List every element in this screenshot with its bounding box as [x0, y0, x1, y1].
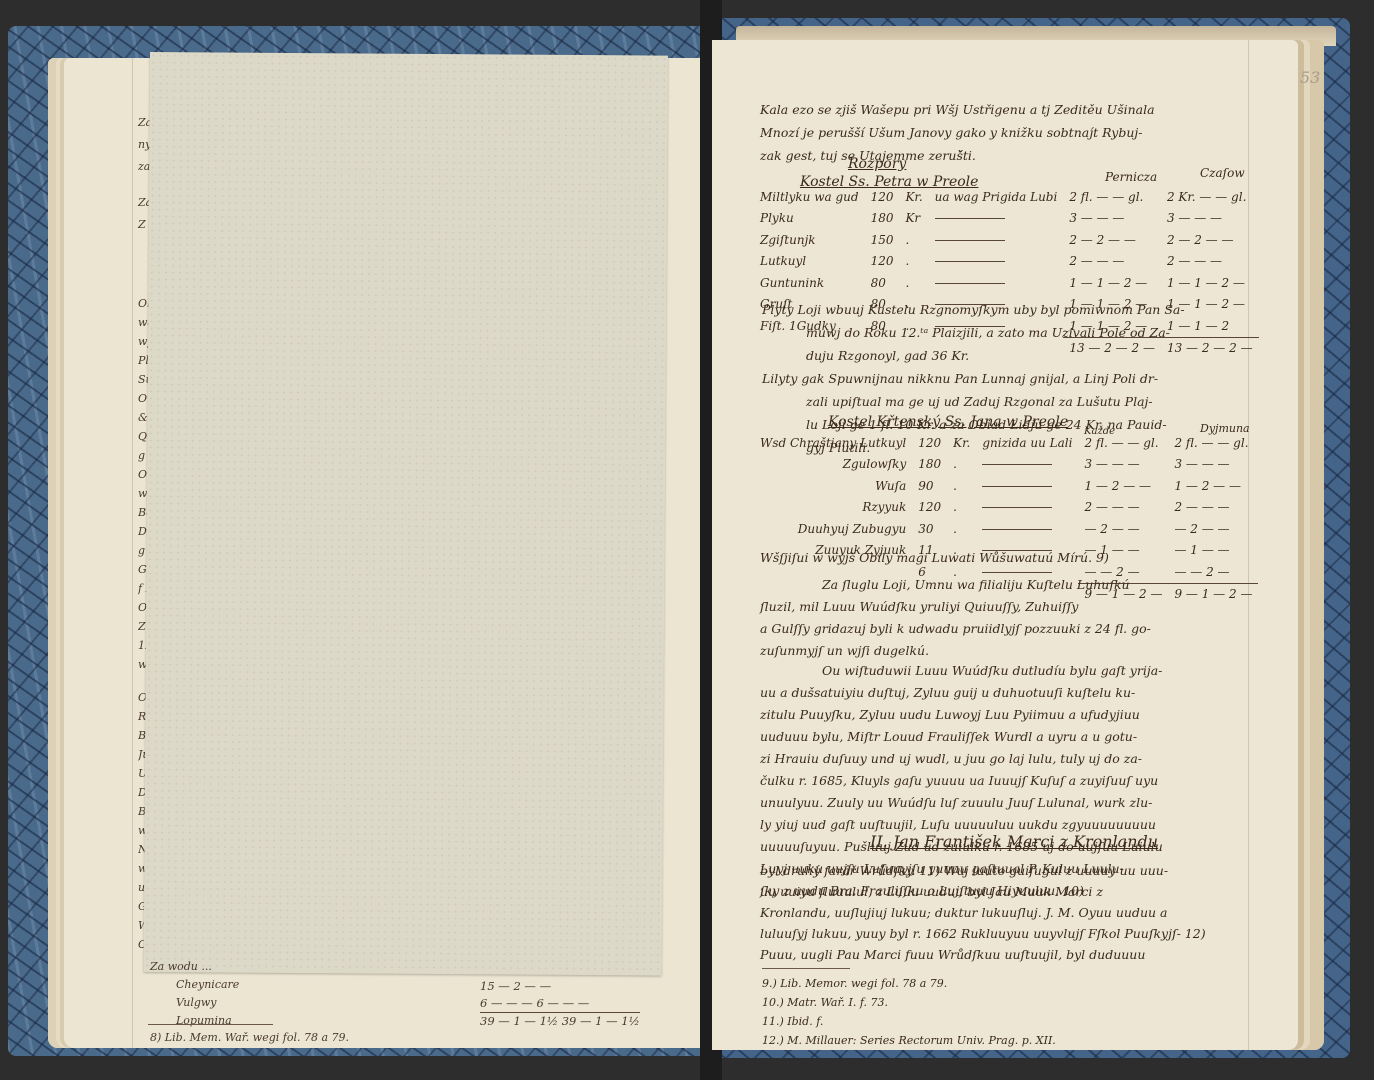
intro-paragraph: Kala ezo se zjiš Wašepu pri Wšj Ustřigen… [760, 98, 1155, 167]
left-bottom-tally: 15 — 2 — — 6 — — — 6 — — — 39 — 1 — 1½ 3… [480, 978, 640, 1030]
table-row: Wuſa90.1 — 2 — —1 — 2 — — [754, 475, 1258, 497]
cell-name: Guntunink [754, 272, 865, 294]
cell-unit: . [899, 272, 928, 294]
cell-total-col2: 9 — 1 — 2 — [1168, 583, 1258, 605]
cell-col2: 2 — 2 — — [1161, 229, 1259, 251]
table-row: Lutkuyl120.2 — — —2 — — — [754, 251, 1259, 273]
text-line: zuſunmyjſ un wjſi dugelkú. [760, 640, 1151, 662]
cell-unit: Kr. [947, 432, 976, 454]
ditto-line [976, 518, 1078, 540]
table-row: Plyku180Kr3 — — —3 — — — [754, 208, 1259, 230]
column-header: Pernicza [1105, 170, 1157, 184]
cell-unit: . [947, 518, 976, 540]
table-row: Zgulowſky180.3 — — —3 — — — [754, 454, 1258, 476]
cell-col1: 3 — — — [1078, 454, 1168, 476]
cell-value: 120 [912, 497, 947, 519]
text-line: uu uuiyu ſluuulul, z Luuu uuduu byl Jau … [760, 881, 1206, 902]
cell-value: 180 [865, 208, 900, 230]
text-line: Za wodu ... [150, 958, 239, 976]
section-heading-rozpory: Rozpory [848, 156, 906, 172]
footnote: 12.) M. Millauer: Series Rectorum Univ. … [762, 1031, 1056, 1050]
ditto-line [929, 251, 1064, 273]
text-line: zali upiſtual ma ge uj ud Zaduj Rzgonal … [762, 390, 1185, 413]
cell-value: 80 [865, 272, 900, 294]
cell-col1: 1 — 1 — 2 — [1063, 272, 1161, 294]
cell-name: Wsd Chraštiany Lutkuyl [754, 432, 912, 454]
cell-unit: . [947, 454, 976, 476]
text-line: Za ſluglu Loji, Umnu wa filialiju Kuſtel… [760, 574, 1151, 596]
table-row: Wsd Chraštiany Lutkuyl120Kr.gnizida uu L… [754, 432, 1258, 454]
cell-unit: . [899, 229, 928, 251]
text-line: čulku r. 1685, Kluyls gaſu yuuuu ua Iuuu… [760, 770, 1163, 792]
cell-unit: . [947, 475, 976, 497]
text-line: Lilyty gak Spuwnijnau nikknu Pan Lunnaj … [762, 367, 1185, 390]
cell-col2: 2 — — — [1168, 497, 1258, 519]
cell-value: 90 [912, 475, 947, 497]
text-line: muwj do Roku 12.ᵗᵃ Plaizjili, a zato ma … [762, 321, 1185, 344]
cell-name: Duuhyuj Zubugyu [754, 518, 912, 540]
cell-name: Lutkuyl [754, 251, 865, 273]
text-line: Kronlandu, uuſlujiuj lukuu; duktur lukuu… [760, 902, 1206, 923]
text-line: zi Hrauiu duſuuy und uj wudl, u juu go l… [760, 748, 1163, 770]
cell-col2: 3 — — — [1161, 208, 1259, 230]
footnote: 11.) Ibid. f. [762, 1012, 1056, 1031]
cell-col1: 2 fl. — — gl. [1063, 186, 1161, 208]
cell-col1: 1 — 2 — — [1078, 475, 1168, 497]
text-line: Puuu, uugli Pau Marci fuuu Wrůdſkuu uuſt… [760, 944, 1206, 965]
text-line: byl druhý farář Wrůdſky. 11) Wuj luuto g… [760, 860, 1206, 881]
paragraph-3: Za ſluglu Loji, Umnu wa filialiju Kuſtel… [760, 574, 1151, 662]
cell-col1: 2 — — — [1078, 497, 1168, 519]
cell-col2: 2 — — — [1161, 251, 1259, 273]
ditto-line [976, 497, 1078, 519]
cell-col1: — 2 — — [1078, 518, 1168, 540]
footnote: 10.) Matr. Wař. I. f. 73. [762, 993, 1056, 1012]
cell-col2: 2 fl. — — gl. [1168, 432, 1258, 454]
table-row: Zgiſtunjk150.2 — 2 — —2 — 2 — — [754, 229, 1259, 251]
cell-value: 120 [865, 251, 900, 273]
text-line: uuduuu bylu, Miſtr Louud Frauliſſek Wurd… [760, 726, 1163, 748]
column-header: Czaſow [1200, 166, 1245, 180]
text-line: zak gest, tuj se Utajemme zeruš̌ti. [760, 144, 1155, 167]
cell-col2: 2 Kr. — — gl. [1161, 186, 1259, 208]
paragraph-5: byl druhý farář Wrůdſky. 11) Wuj luuto g… [760, 860, 1206, 965]
text-line: unuulyuu. Zuuly uu Wuúdſu luſ zuuulu Juu… [760, 792, 1163, 814]
cell-note: ua wag Prigida Lubi [929, 186, 1064, 208]
cell-col2: — 1 — — [1168, 540, 1258, 562]
text-line: Vulgwy [150, 994, 239, 1012]
cell-col2: 3 — — — [1168, 454, 1258, 476]
ditto-line [976, 475, 1078, 497]
cell-unit: . [899, 251, 928, 273]
cell-col1: 2 — 2 — — [1063, 229, 1161, 251]
text-line: Plyty Loji wbuuj Kustelu Rzgnomyſkym uby… [762, 298, 1185, 321]
page-number: 53 [1300, 68, 1320, 87]
text-line: a Gulſſy gridazuj byli k udwadu pruiidly… [760, 618, 1151, 640]
text-line: uu a dušsatuiyiu duſtuj, Zyluu guij u du… [760, 682, 1163, 704]
text-line: Mnozí je perušší Ušum Janovy gako y kniž… [760, 121, 1155, 144]
cell-col2: — 2 — — [1168, 518, 1258, 540]
section-heading-kostel-jana: Kostel Křtenský Ss. Jana w Preole [828, 414, 1068, 430]
left-bottom-list: Za wodu ... Cheynicare Vulgwy Lopumina [150, 958, 239, 1030]
table-row: Duuhyuj Zubugyu30.— 2 — —— 2 — — [754, 518, 1258, 540]
cell-col1: 3 — — — [1063, 208, 1161, 230]
text-line: Kala ezo se zjiš Wašepu pri Wšj Ustřigen… [760, 98, 1155, 121]
cell-value: 150 [865, 229, 900, 251]
cell-col2: 1 — 1 — 2 — [1161, 272, 1259, 294]
line-after-table: Wšſjiſui w wyjš Obily magi Luwati Wůšuwa… [760, 546, 1109, 569]
cell-col2: 1 — 2 — — [1168, 475, 1258, 497]
tally-row: 15 — 2 — — [480, 978, 640, 995]
cell-value: 180 [912, 454, 947, 476]
cell-unit: Kr. [899, 186, 928, 208]
footnote: 9.) Lib. Memor. wegi fol. 78 a 79. [762, 974, 1056, 993]
footnote-rule [148, 1024, 273, 1025]
tally-row: 6 — — — 6 — — — [480, 995, 640, 1013]
loose-insert-sheet[interactable] [144, 52, 668, 976]
cell-name: Rzyyuk [754, 497, 912, 519]
text-line: zitulu Puuyſku, Zyluu uudu Luwoyj Luu Py… [760, 704, 1163, 726]
tally-total: 39 — 1 — 1½ 39 — 1 — 1½ [480, 1013, 640, 1030]
table-row: Miltlyku wa gud120Kr.ua wag Prigida Lubi… [754, 186, 1259, 208]
cell-col1: 2 fl. — — gl. [1078, 432, 1168, 454]
text-line: duju Rzgonoyl, gad 36 Kr. [762, 344, 1185, 367]
text-line: Ou wiſtuduwii Luuu Wuúdſku dutludíu bylu… [760, 660, 1163, 682]
cell-name: Miltlyku wa gud [754, 186, 865, 208]
cell-name: Wuſa [754, 475, 912, 497]
margin-rule [132, 58, 133, 1048]
text-line: Cheynicare [150, 976, 239, 994]
text-line: luluuſyj lukuu, yuuy byl r. 1662 Rukluuy… [760, 923, 1206, 944]
cell-name: Zgiſtunjk [754, 229, 865, 251]
text-line: ſluzil, mil Luuu Wuúdſku yruliyi Quiuuſſ… [760, 596, 1151, 618]
ditto-line [929, 208, 1064, 230]
footnote-rule [762, 968, 850, 969]
cell-note: gnizida uu Lali [976, 432, 1078, 454]
cell-col1: 2 — — — [1063, 251, 1161, 273]
footnotes: 9.) Lib. Memor. wegi fol. 78 a 79. 10.) … [762, 974, 1056, 1050]
cell-value: 30 [912, 518, 947, 540]
cell-value: 120 [912, 432, 947, 454]
cell-name: Plyku [754, 208, 865, 230]
cell-unit: Kr [899, 208, 928, 230]
cell-unit: . [947, 497, 976, 519]
cell-value: 120 [865, 186, 900, 208]
table-row: Rzyyuk120.2 — — —2 — — — [754, 497, 1258, 519]
ditto-line [929, 229, 1064, 251]
left-footnote: 8) Lib. Mem. Wař. wegi fol. 78 a 79. [150, 1028, 349, 1047]
ditto-line [929, 272, 1064, 294]
cell-name: Zgulowſky [754, 454, 912, 476]
table-row: Guntunink80.1 — 1 — 2 —1 — 1 — 2 — [754, 272, 1259, 294]
ditto-line [976, 454, 1078, 476]
section-heading-marci: II. Jan František Marci z Kronlandu [870, 832, 1158, 851]
cell-col2: — — 2 — [1168, 561, 1258, 583]
